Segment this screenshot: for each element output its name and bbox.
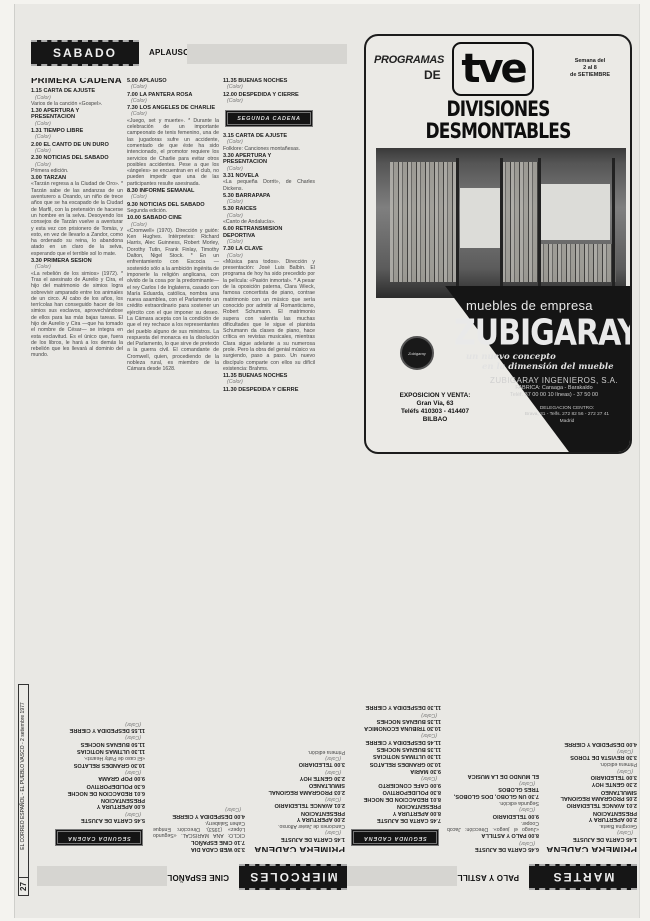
program-time-title: 2.01 AVANCE TELEDIARIO — [253, 802, 345, 808]
program-listing: 11.50 BUENAS NOCHES(Color) — [53, 734, 145, 747]
program-listing: 7.10 CINE ESPAÑOLCICLO: ANA MARISCAL. «S… — [153, 820, 245, 845]
program-listing: 2.30 GENTE HOY(Color) — [253, 768, 345, 781]
program-listing: 11.35 BUENAS NOCHES(Color) — [349, 711, 441, 724]
ad-delegation-info: DELEGACION CENTRO: Brava, 31 - Telfs. 27… — [502, 406, 632, 425]
tve-logo-box: tve — [452, 42, 534, 96]
program-time-title: 11.55 DESPEDIDA Y CIERRE — [53, 727, 145, 733]
program-time-title: 2.01 AVANCE TELEDIARIO — [545, 802, 637, 808]
program-description: «La rebelión de los simios» (1972). * Tr… — [31, 271, 123, 359]
program-listing: 3.30 APERTURA Y PRESENTACION(Color) — [223, 153, 315, 172]
expo-city: BILBAO — [380, 416, 490, 424]
miercoles-segunda-box: SEGUNDA CADENA — [55, 829, 143, 846]
photo-frame — [456, 158, 459, 286]
program-listing: 8.30 POLIDEPORTIVO — [349, 789, 441, 795]
program-description: «Cromwell» (1970). Dirección y guión: Ke… — [127, 228, 219, 373]
section-tag-aplauso: APLAUSO — [149, 48, 190, 57]
program-listing: 4.00 DESPEDIDA Y CIERRE — [545, 740, 637, 746]
ad-week-range: Semana del 2 al 8 de SETIEMBRE — [560, 58, 620, 79]
program-time-title: 10.30 GRANDES RELATOS — [349, 760, 441, 766]
program-listing: 7.00 LA PANTERA ROSA(Color) — [127, 92, 219, 105]
program-description: Folklore: Canciones montañesas. — [223, 146, 315, 152]
program-listing: 2.30 GENTE HOY — [545, 781, 637, 787]
program-listing: 6.00 RETRANSMISION DEPORTIVA(Color) — [223, 226, 315, 245]
program-listing: 3.00 TELEDIARIO(Color)Primera edición. — [545, 761, 637, 780]
program-listing: 11.30 DESPEDIDA Y CIERRE — [349, 704, 441, 710]
program-listing: 7.30 LOS ANGELES DE CHARLIE(Color)«Juego… — [127, 105, 219, 187]
spine-publication-text: EL CORREO ESPAÑOL - EL PUEBLO VASCO - 2 … — [20, 676, 26, 876]
day-banner-martes: MARTES — [529, 864, 637, 890]
program-listing: 1.30 APERTURA Y PRESENTACION(Color) — [31, 108, 123, 127]
factory-phone: Teléf. 37 00 00 10 líneas) - 37 50 00 — [484, 392, 624, 399]
section-tag-palo-y-astilla: PALO Y ASTILLA — [452, 873, 519, 882]
program-color-note: (Color) — [127, 194, 219, 200]
program-description: «Juego, set y muerte». * Durante la cele… — [127, 118, 219, 187]
tve-logo: tve — [461, 49, 524, 89]
week-line-3: de SETIEMBRE — [560, 72, 620, 79]
program-listing: 9.30 NOTICIAS DEL SABADOSegunda edición. — [127, 202, 219, 215]
banner-fill — [337, 866, 457, 886]
ad-exposition-info: EXPOSICION Y VENTA: Gran Vía, 63 Teléfs … — [380, 392, 490, 424]
column-3-program-list: 11.35 BUENAS NOCHES(Color)12.00 DESPEDID… — [223, 78, 315, 104]
factory-address: FABRICA: Caraaga - Barakaldo — [484, 385, 624, 392]
program-description: Segunda edición. — [447, 800, 539, 806]
program-time-title: 2.00 APERTURA Y PRESENTACION — [545, 809, 637, 822]
segunda-cadena-box: SEGUNDA CADENA — [225, 110, 313, 127]
program-description: Canciones de Javier Alfonso. — [253, 823, 345, 829]
program-color-note: (Color) — [349, 711, 441, 717]
program-time-title: 2.30 GENTE HOY — [545, 781, 637, 787]
program-listing: 2.01 AVANCE TELEDIARIO — [545, 802, 637, 808]
program-description: «Canto de Andalucía». — [223, 219, 315, 225]
program-listing: 5.30 BARRAPAPA(Color) — [223, 193, 315, 206]
program-listing: 10.30 GRANDES RELATOS«El caso de Patty H… — [53, 755, 145, 768]
photo-panel-middle — [502, 162, 538, 282]
program-listing: 5.00 APLAUSO(Color) — [127, 78, 219, 91]
program-time-title: 8.30 POLIDEPORTIVO — [349, 789, 441, 795]
program-description: «Música para todos». Dirección y present… — [223, 259, 315, 372]
program-description: Primera edición. — [31, 168, 123, 174]
tagline-line-1: un nuevo concepto — [466, 352, 614, 362]
martes-primera-list-cont: 6.45 CARTA DE AJUSTE(Color)8.00 PALO Y A… — [447, 772, 539, 852]
program-time-title: 7.30 UN GLOBO, DOS GLOBOS, TRES GLOBOS — [447, 786, 539, 799]
office-partition-photo — [376, 148, 626, 298]
miercoles-primera-list-cont: 3.30 WEB CADA DIA7.10 CINE ESPAÑOLCICLO:… — [153, 806, 245, 852]
ad-tagline: un nuevo concepto en la dimensión del mu… — [466, 352, 614, 372]
ad-programas-label: PROGRAMAS — [374, 54, 444, 66]
ad-brand-name: ZUBIGARAY — [454, 312, 632, 354]
program-listing: 7.30 UN GLOBO, DOS GLOBOS, TRES GLOBOS(C… — [447, 780, 539, 799]
program-time-title: 7.45 CARTA DE AJUSTE — [349, 817, 441, 823]
program-time-title: 6.30 POLIDEPORTIVO — [53, 782, 145, 788]
program-time-title: 10.30 TRIBUNA ECONOMICA — [349, 725, 441, 731]
miercoles-primera-list: 1.45 CARTA DE AJUSTE(Color)Canciones de … — [253, 749, 345, 842]
program-listing: 2.03 PROGRAMA REGIONAL SIMULTANEO — [253, 782, 345, 795]
program-time-title: 11.35 BUENAS NOCHES — [349, 718, 441, 724]
primera-program-list: 1.15 CARTA DE AJUSTE(Color)Varios de la … — [31, 88, 123, 358]
program-listing: EL MUNDO DE LA MUSICA — [447, 772, 539, 778]
column-3: 11.35 BUENAS NOCHES(Color)12.00 DESPEDID… — [223, 78, 315, 394]
program-listing: 8.00 PALO Y ASTILLA«Juego el juego». Dir… — [447, 820, 539, 839]
ad-muebles-label: muebles de empresa — [466, 298, 593, 313]
program-listing: 6.01 REDACCION DE NOCHE — [53, 790, 145, 796]
program-listing: 3.30 PRIMERA SESION(Color)«La rebelión d… — [31, 258, 123, 359]
program-listing: 1.45 CARTA DE AJUSTE(Color)Canciones de … — [253, 823, 345, 842]
program-time-title: 11.30 DESPEDIDA Y CIERRE — [349, 704, 441, 710]
program-time-title: 2.30 GENTE HOY — [253, 775, 345, 781]
martes-primera-title: PRIMERA CADENA — [545, 846, 637, 852]
miercoles-column-2: 3.30 WEB CADA DIA7.10 CINE ESPAÑOLCICLO:… — [153, 805, 245, 852]
program-color-note: (Color) — [223, 84, 315, 90]
program-listing: 7.30 LA CLAVE(Color)«Música para todos».… — [223, 246, 315, 372]
program-time-title: 4.00 DESPEDIDA Y CIERRE — [153, 812, 245, 818]
company-name: ZUBIGARAY INGENIEROS, S.A. — [484, 378, 624, 385]
program-time-title: 2.05 PROGRAMA REGIONAL SIMULTANEO — [545, 788, 637, 801]
program-description: «Juego el juego». Dirección: Jacob Coope… — [447, 820, 539, 833]
program-time-title: 11.30 DESPEDIDA Y CIERRE — [223, 387, 315, 393]
program-listing: 9.00 POP GRAMA(Color) — [53, 769, 145, 782]
day-banner-sabado: SABADO — [31, 40, 139, 66]
program-listing: 10.00 SABADO CINE(Color)«Cromwell» (1970… — [127, 215, 219, 372]
page-number-text: 27 — [19, 882, 28, 891]
program-listing: 8.30 INFORME SEMANAL(Color) — [127, 188, 219, 201]
program-time-title: 11.30 ULTIMAS NOTICIAS — [349, 753, 441, 759]
program-color-note: (Color) — [447, 780, 539, 786]
ad-headline-1: DIVISIONES — [366, 100, 630, 121]
program-time-title: 9.00 CAFE CONCIERTO — [349, 781, 441, 787]
program-time-title: 3.30 REVISTA DE TOROS — [545, 754, 637, 760]
program-listing: 6.45 CARTA DE AJUSTE(Color) — [447, 839, 539, 852]
program-time-title: 11.35 BUENAS NOCHES — [349, 746, 441, 752]
sabado-section: SABADO APLAUSO PRIMERA CADENA 1.15 CARTA… — [31, 24, 637, 464]
program-color-note: (Color) — [53, 810, 145, 816]
program-listing: 1.45 CARTA DE AJUSTE(Color)Georgina Baet… — [545, 823, 637, 842]
ad-de-label: DE — [424, 68, 441, 82]
program-listing: 2.30 NOTICIAS DEL SABADO(Color)Primera e… — [31, 155, 123, 174]
miercoles-column-1: PRIMERA CADENA 1.45 CARTA DE AJUSTE(Colo… — [253, 748, 345, 852]
column-2: 5.00 APLAUSO(Color)7.00 LA PANTERA ROSA(… — [127, 78, 219, 374]
zubigaray-seal-icon: Zubigaray — [400, 336, 434, 370]
photo-frame — [500, 158, 503, 286]
program-listing: 1.31 TIEMPO LIBRE(Color) — [31, 128, 123, 141]
program-color-note: (Color) — [31, 134, 123, 140]
program-color-note: (Color) — [31, 148, 123, 154]
miercoles-column-3: SEGUNDA CADENA 5.45 CARTA DE AJUSTE(Colo… — [53, 720, 145, 852]
program-time-title: 6.00 RETRANSMISION DEPORTIVA — [223, 226, 315, 239]
program-listing: 6.00 APERTURA Y PRESENTACION — [53, 797, 145, 810]
program-time-title: 11.30 ULTIMAS NOTICIAS — [53, 748, 145, 754]
banner-fill — [187, 44, 347, 64]
martes-column-2: 6.45 CARTA DE AJUSTE(Color)8.00 PALO Y A… — [447, 771, 539, 852]
program-listing: 8.01 REDACCION DE NOCHE — [349, 796, 441, 802]
miercoles-segunda-list: 5.45 CARTA DE AJUSTE(Color)6.00 APERTURA… — [53, 721, 145, 823]
photo-frame — [612, 158, 615, 286]
program-description: Georgina Baeta. — [545, 823, 637, 829]
program-listing: 4.00 DESPEDIDA Y CIERRE(Color) — [153, 806, 245, 819]
program-time-title: 8.01 REDACCION DE NOCHE — [349, 796, 441, 802]
program-color-note: (Color) — [223, 98, 315, 104]
program-listing: 6.30 POLIDEPORTIVO — [53, 782, 145, 788]
program-listing: 3.15 CARTA DE AJUSTE(Color)Folklore: Can… — [223, 133, 315, 152]
program-listing: 11.35 BUENAS NOCHES(Color) — [223, 373, 315, 386]
expo-title: EXPOSICION Y VENTA: — [380, 392, 490, 400]
zubigaray-advertisement: PROGRAMAS DE tve Semana del 2 al 8 de SE… — [364, 34, 632, 454]
photo-window-right — [540, 184, 610, 240]
program-listing: 5.30 RAICES(Color)«Canto de Andalucía». — [223, 206, 315, 225]
program-time-title: 1.45 CARTA DE AJUSTE — [253, 835, 345, 841]
photo-frame — [538, 158, 541, 286]
program-color-note: (Color) — [127, 84, 219, 90]
program-time-title: 1.45 CARTA DE AJUSTE — [545, 835, 637, 841]
program-time-title: EL MUNDO DE LA MUSICA — [447, 772, 539, 778]
program-time-title: 10.30 GRANDES RELATOS — [53, 761, 145, 767]
program-listing: 9.00 TELEDIARIO(Color)Segunda edición. — [447, 800, 539, 819]
program-color-note: (Color) — [223, 239, 315, 245]
program-listing: 11.45 DESPEDIDA Y CIERRE(Color) — [349, 732, 441, 745]
program-description: «El caso de Patty Hearst». — [53, 755, 145, 761]
program-time-title: 9.00 TELEDIARIO — [447, 812, 539, 818]
program-color-note: (Color) — [253, 796, 345, 802]
program-listing: 11.55 DESPEDIDA Y CIERRE(Color) — [53, 721, 145, 734]
program-listing: 10.30 GRANDES RELATOS — [349, 760, 441, 766]
program-listing: 2.00 APERTURA Y PRESENTACION — [545, 809, 637, 822]
photo-panel-left — [390, 162, 456, 282]
martes-primera-list: 1.45 CARTA DE AJUSTE(Color)Georgina Baet… — [545, 740, 637, 841]
segunda-program-list: 3.15 CARTA DE AJUSTE(Color)Folklore: Can… — [223, 133, 315, 393]
program-listing: 11.35 BUENAS NOCHES — [349, 746, 441, 752]
program-listing: 7.45 CARTA DE AJUSTE — [349, 817, 441, 823]
ad-headline-2: DESMONTABLES — [366, 122, 630, 143]
program-listing: 9.30 MARIA — [349, 768, 441, 774]
program-description: «Tarzán regresa a la Ciudad de Oro». * T… — [31, 181, 123, 257]
program-listing: 3.30 REVISTA DE TOROS(Color) — [545, 748, 637, 761]
martes-column-1: PRIMERA CADENA 1.45 CARTA DE AJUSTE(Colo… — [545, 739, 637, 852]
program-listing: 3.00 TELEDIARIO(Color)Primera edición. — [253, 749, 345, 768]
program-listing: 8.00 APERTURA Y PRESENTACION — [349, 803, 441, 816]
program-time-title: 2.00 APERTURA Y PRESENTACION — [253, 809, 345, 822]
program-description: Primera edición. — [545, 761, 637, 767]
program-time-title: 8.00 APERTURA Y PRESENTACION — [349, 803, 441, 816]
page-spine: EL CORREO ESPAÑOL - EL PUEBLO VASCO - 2 … — [18, 684, 29, 896]
program-color-note: (Color) — [223, 199, 315, 205]
program-color-note: (Color) — [545, 767, 637, 773]
banner-fill — [37, 866, 167, 886]
newspaper-page: SABADO APLAUSO PRIMERA CADENA 1.15 CARTA… — [14, 4, 640, 918]
martes-miercoles-section: MARTES PALO Y ASTILLA MIERCOLES CINE ESP… — [31, 466, 637, 906]
program-time-title: 7.10 CINE ESPAÑOL — [153, 838, 245, 844]
column-2-program-list: 5.00 APLAUSO(Color)7.00 LA PANTERA ROSA(… — [127, 78, 219, 373]
program-listing: 2.00 EL CANTO DE UN DURO(Color) — [31, 142, 123, 155]
program-listing: 11.30 ULTIMAS NOTICIAS — [349, 753, 441, 759]
program-listing: 11.30 DESPEDIDA Y CIERRE — [223, 387, 315, 393]
program-color-note: (Color) — [31, 121, 123, 127]
martes-column-3: SEGUNDA CADENA 7.45 CARTA DE AJUSTE8.00 … — [349, 703, 441, 852]
week-line-2: 2 al 8 — [560, 65, 620, 72]
program-time-title: 8.00 PALO Y ASTILLA — [447, 832, 539, 838]
program-time-title: 3.00 TELEDIARIO — [253, 761, 345, 767]
program-listing: 9.00 CAFE CONCIERTO(Color) — [349, 775, 441, 788]
program-listing: 5.45 CARTA DE AJUSTE(Color) — [53, 810, 145, 823]
primera-cadena-title: PRIMERA CADENA — [31, 78, 123, 84]
program-time-title: 3.30 APERTURA Y PRESENTACION — [223, 153, 315, 166]
program-listing: 3.00 TARZAN«Tarzán regresa a la Ciudad d… — [31, 175, 123, 257]
program-listing: 12.00 DESPEDIDA Y CIERRE(Color) — [223, 92, 315, 105]
program-listing: 3.31 NOVELA«La pequeña Dorrit», de Charl… — [223, 173, 315, 192]
expo-phone: Teléfs 410303 - 414407 — [380, 408, 490, 416]
program-time-title: 9.00 POP GRAMA — [53, 775, 145, 781]
program-color-note: (Color) — [545, 748, 637, 754]
program-color-note: (Color) — [223, 379, 315, 385]
martes-segunda-box: SEGUNDA CADENA — [351, 829, 439, 846]
program-description: Varios de la canción «Gospel». — [31, 101, 123, 107]
program-description: Segunda edición. — [127, 208, 219, 214]
program-listing: 1.15 CARTA DE AJUSTE(Color)Varios de la … — [31, 88, 123, 107]
program-listing: 2.00 APERTURA Y PRESENTACION — [253, 809, 345, 822]
program-time-title: 3.00 TELEDIARIO — [545, 774, 637, 780]
column-1: PRIMERA CADENA 1.15 CARTA DE AJUSTE(Colo… — [31, 78, 123, 360]
program-time-title: 6.00 APERTURA Y PRESENTACION — [53, 797, 145, 810]
program-description: CICLO: ANA MARISCAL. «Segundo López» (19… — [153, 820, 245, 839]
program-listing: 2.05 PROGRAMA REGIONAL SIMULTANEO — [545, 788, 637, 801]
day-banner-miercoles: MIERCOLES — [239, 864, 347, 890]
program-description: «La pequeña Dorrit», de Charles Dickens. — [223, 179, 315, 192]
program-listing: 2.01 AVANCE TELEDIARIO(Color) — [253, 796, 345, 809]
delegation-city: Madrid — [502, 419, 632, 425]
program-time-title: 1.30 APERTURA Y PRESENTACION — [31, 108, 123, 121]
program-color-note: (Color) — [127, 98, 219, 104]
program-time-title: 4.00 DESPEDIDA Y CIERRE — [545, 740, 637, 746]
photo-window — [460, 188, 500, 248]
week-line-1: Semana del — [560, 58, 620, 65]
program-time-title: 6.45 CARTA DE AJUSTE — [447, 846, 539, 852]
program-time-title: 2.03 PROGRAMA REGIONAL SIMULTANEO — [253, 782, 345, 795]
program-listing: 3.30 WEB CADA DIA — [153, 846, 245, 852]
program-time-title: 6.01 REDACCION DE NOCHE — [53, 790, 145, 796]
page-number: 27 — [19, 877, 28, 895]
program-listing: 10.30 TRIBUNA ECONOMICA — [349, 725, 441, 731]
program-time-title: 11.45 DESPEDIDA Y CIERRE — [349, 738, 441, 744]
program-color-note: (Color) — [447, 839, 539, 845]
program-time-title: 3.30 WEB CADA DIA — [153, 846, 245, 852]
tagline-line-2: en la dimensión del mueble — [466, 362, 614, 372]
photo-panel-right — [540, 244, 616, 282]
program-color-note: (Color) — [223, 166, 315, 172]
martes-segunda-list: 7.45 CARTA DE AJUSTE8.00 APERTURA Y PRES… — [349, 704, 441, 823]
program-color-note: (Color) — [53, 721, 145, 727]
ad-company-info: ZUBIGARAY INGENIEROS, S.A. FABRICA: Cara… — [484, 378, 624, 398]
program-time-title: 11.50 BUENAS NOCHES — [53, 740, 145, 746]
miercoles-primera-title: PRIMERA CADENA — [253, 846, 345, 852]
program-description: Primera edición. — [253, 749, 345, 755]
program-listing: 11.30 ULTIMAS NOTICIAS — [53, 748, 145, 754]
expo-address: Gran Vía, 63 — [380, 400, 490, 408]
program-color-note: (Color) — [53, 769, 145, 775]
program-time-title: 9.30 MARIA — [349, 768, 441, 774]
program-color-note: (Color) — [253, 768, 345, 774]
program-time-title: 5.45 CARTA DE AJUSTE — [53, 817, 145, 823]
program-listing: 11.35 BUENAS NOCHES(Color) — [223, 78, 315, 91]
section-tag-cine-espanol: CINE ESPAÑOL — [167, 873, 229, 882]
